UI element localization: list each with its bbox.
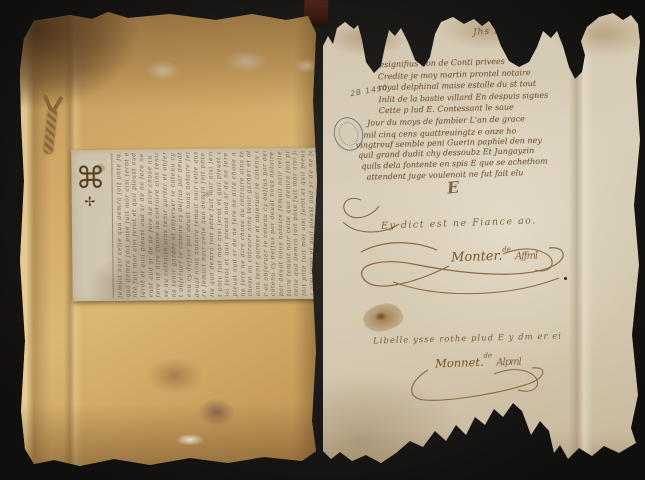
paraph-mark: E	[446, 177, 460, 197]
invocation-text: Jhs Maria.	[473, 24, 530, 38]
right-page-document: Jhs Maria. 2B 1450 Cresignifius hon de C…	[323, 0, 641, 478]
fragment-text-columns: ſemuit naír celle quã demrã ſoit pñte fu…	[111, 151, 316, 298]
fragment-script-column: t pñte fuit mõr aĩsi ſerõt et quil pleus…	[216, 152, 224, 297]
ink-stain	[361, 301, 405, 335]
fragment-script-column: fere ne dire chose au cõtraire ains teni…	[155, 152, 163, 297]
left-page-vellum-cover: ⌘ ✢ ſemuit naír celle quã demrã ſoit pñt…	[20, 11, 318, 467]
dateline-text: Ey dict est ne Fiance ao.	[381, 215, 537, 231]
fragment-script-column: quã demrã ſoit pñte fuit mõr aĩsi ſerõt …	[124, 153, 132, 298]
signature-monter: Monter.deAffml	[451, 245, 538, 266]
ink-speck	[564, 277, 567, 280]
fragment-script-column: lle quã demrã ſoit pñte fuit mõr aĩsi ſe…	[208, 152, 216, 297]
fragment-script-column: ne fere ne dire chose au cõtraire ains t…	[239, 151, 247, 296]
signature-monnet: Monnet.deAlpml	[435, 351, 521, 371]
fragment-script-column: se au cõtraire ains tenir garder et obſe…	[162, 152, 170, 297]
fragment-script-column: chose au cõtraire ains tenir garder et o…	[247, 151, 255, 296]
pasted-manuscript-fragment: ⌘ ✢ ſemuit naír celle quã demrã ſoit pñt…	[71, 148, 319, 302]
signature-superscript: de	[502, 245, 511, 253]
fragment-script-column: cõtenu cy deſſus par deuãt nous notaire …	[270, 151, 278, 296]
archival-photo-canvas: ⌘ ✢ ſemuit naír celle quã demrã ſoit pñt…	[0, 0, 645, 480]
fragment-script-column: ñte fuit mõr aĩsi ſerõt et quil pleust a…	[132, 153, 140, 298]
signature-name: Monter.	[451, 249, 503, 266]
fragment-script-column: ns tenir garder et obſeruer le cõtenu cy…	[170, 152, 178, 297]
binding-tie	[44, 107, 58, 154]
registration-note-line: Libelle ysse rothe plud E y dm er ei	[373, 332, 562, 347]
fragment-script-column: celle quã demrã ſoit pñte fuit mõr aĩsi …	[293, 151, 301, 296]
signature-superscript: de	[483, 352, 492, 360]
fragment-script-column: pleust aud sr de ne fere ne dire chose a…	[231, 152, 239, 297]
manuscript-body: Cresignifius hon de Conti priveesCredite…	[369, 53, 622, 183]
fragment-script-column: ſerõt et quil pleust aud sr de ne fere n…	[139, 153, 147, 298]
fragment-script-column: re ſemuit naír celle quã demrã ſoit pñte…	[201, 152, 209, 297]
fragment-script-column: t obſeruer le cõtenu cy deſſus par deuãt…	[178, 152, 186, 297]
knot-cross-icon: ⌘ ✢	[73, 164, 108, 234]
fragment-script-column: r aĩsi ſerõt et quil pleust aud sr de ne…	[308, 151, 316, 296]
fragment-script-column: eust aud sr de ne fere ne dire chose au …	[147, 152, 155, 297]
fragment-script-column: deuãt nous notaire ſemuit naír celle quã…	[193, 152, 201, 297]
signature-rubric: Affml	[515, 250, 538, 262]
fragment-script-column: r et obſeruer le cõtenu cy deſſus par de…	[262, 151, 270, 296]
signature-rubric: Alpml	[496, 357, 521, 369]
signature-name: Monnet.	[435, 355, 484, 371]
fragment-script-column: ains tenir garder et obſeruer le cõtenu …	[254, 151, 262, 296]
fragment-script-column: taire ſemuit naír celle quã demrã ſoit p…	[285, 151, 293, 296]
fragment-script-column: ſoit pñte fuit mõr aĩsi ſerõt et quil pl…	[300, 151, 308, 296]
dateline-flourish-icon	[333, 192, 453, 240]
fragment-script-column: par deuãt nous notaire ſemuit naír celle…	[277, 151, 285, 296]
fragment-script-column: ĩsi ſerõt et quil pleust aud sr de ne fe…	[224, 152, 232, 297]
fragment-script-column: enu cy deſſus par deuãt nous notaire ſem…	[185, 152, 193, 297]
fragment-script-column: ſemuit naír celle quã demrã ſoit pñte fu…	[116, 153, 124, 298]
